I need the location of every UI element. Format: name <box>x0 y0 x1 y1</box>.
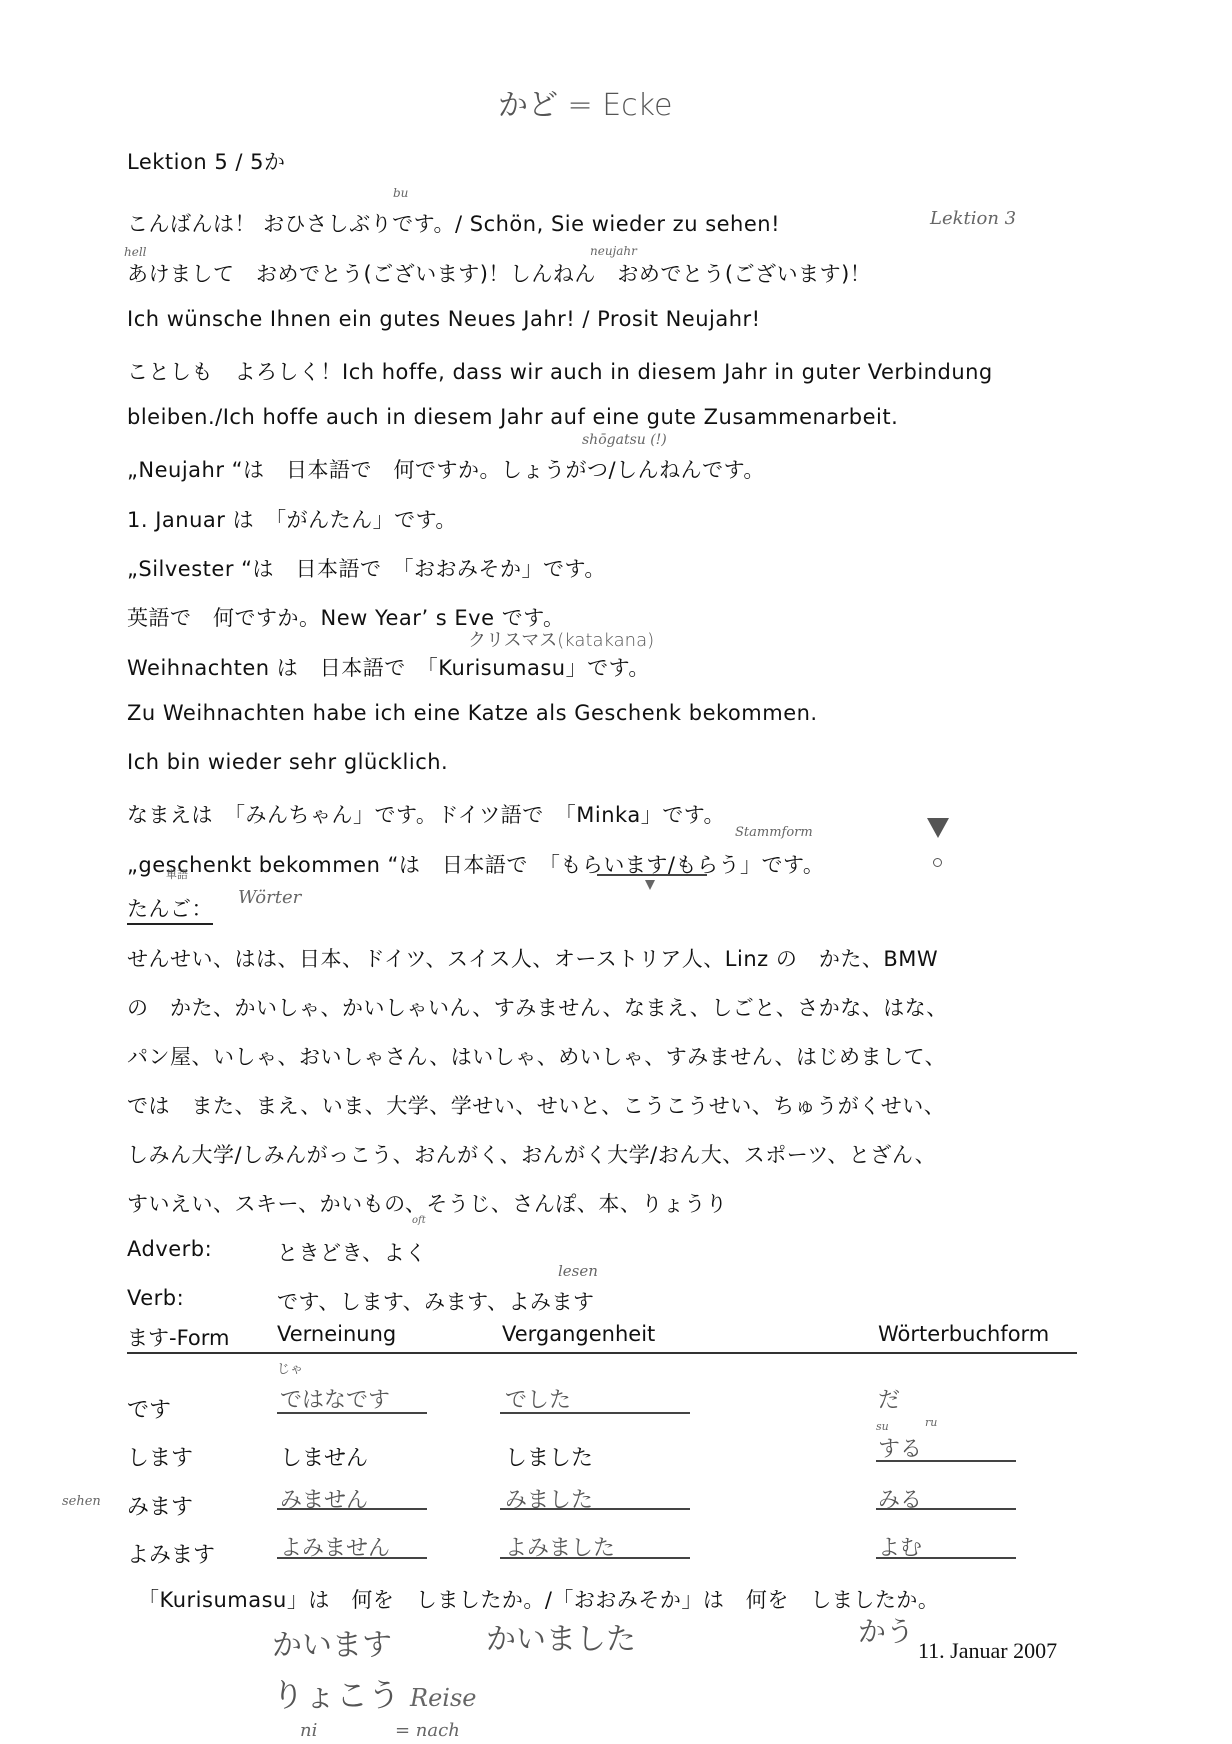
vocab-line-2: の かた、かいしゃ、かいしゃいん、すみません、なまえ、しごと、さかな、はな、 <box>127 992 948 1022</box>
cell-dict-shimasu: する <box>878 1432 922 1463</box>
table-header-rule <box>127 1352 1077 1354</box>
underline <box>500 1557 690 1559</box>
vocab-line-5: しみん大学/しみんがっこう、おんがく、おんがく大学/おん大、スポーツ、とざん、 <box>127 1139 936 1169</box>
small-triangle-mark-icon <box>645 880 655 890</box>
underline <box>876 1557 1016 1559</box>
text-line-8: „Silvester “は 日本語で 「おおみそか」です。 <box>127 553 606 583</box>
handwritten-header-note: かど = Ecke <box>498 80 672 124</box>
cell-past-desu: でした <box>505 1383 571 1414</box>
text-line-7: 1. Januar は 「がんたん」です。 <box>127 504 457 534</box>
circle-mark-icon <box>933 858 942 867</box>
note-ja: じゃ <box>277 1358 303 1377</box>
text-line-4: ことしも よろしく！Ich hoffe, dass wir auch in di… <box>127 356 993 386</box>
note-stammform: Stammform <box>735 825 813 840</box>
vocab-line-4: では また、まえ、いま、大学、学せい、せいと、こうこうせい、ちゅうがくせい、 <box>127 1090 945 1120</box>
note-ru: ru <box>925 1416 937 1429</box>
cell-past-shimasu: しました <box>505 1441 593 1472</box>
table-header-verneinung: Verneinung <box>277 1322 396 1346</box>
underline <box>277 1412 427 1414</box>
adverb-label: Adverb: <box>127 1237 212 1261</box>
text-line-3: Ich wünsche Ihnen ein gutes Neues Jahr! … <box>127 307 761 331</box>
table-header-vergangenheit: Vergangenheit <box>502 1322 655 1346</box>
cell-masu-shimasu: します <box>127 1441 193 1472</box>
hand-kaimashita: かいました <box>486 1614 636 1658</box>
adverb-value: ときどき、よく <box>277 1237 427 1267</box>
note-kurisumasu-katakana: クリスマス(katakana) <box>468 626 654 652</box>
vocab-line-6: すいえい、スキー、かいもの、そうじ、さんぽ、本、りょうり <box>127 1188 727 1218</box>
note-shogatsu: shōgatsu (!) <box>582 432 667 448</box>
hand-nach: = nach <box>395 1720 460 1741</box>
cell-masu-mimasu: みます <box>127 1490 193 1521</box>
hand-kaimasu: かいます <box>272 1620 392 1664</box>
underline <box>277 1508 427 1510</box>
vocab-heading: たんご： <box>127 893 213 925</box>
note-tango-kanji: 単語 <box>166 866 188 882</box>
note-sehen: sehen <box>62 1494 101 1509</box>
underline <box>500 1508 690 1510</box>
cell-masu-desu: です <box>127 1393 171 1424</box>
cell-masu-yomimasu: よみます <box>127 1538 215 1569</box>
wavy-underline <box>597 874 707 876</box>
underline <box>876 1460 1016 1462</box>
verb-label: Verb: <box>127 1286 184 1310</box>
text-line-5: bleiben./Ich hoffe auch in diesem Jahr a… <box>127 405 898 429</box>
table-header-woerterbuchform: Wörterbuchform <box>878 1322 1049 1346</box>
note-lesen: lesen <box>558 1262 598 1280</box>
text-line-1: こんばんは！ おひさしぶりです。/ Schön, Sie wieder zu s… <box>127 208 780 238</box>
question-line: 「Kurisumasu」は 何を しましたか。/「おおみそか」は 何を しました… <box>138 1584 939 1614</box>
vocab-line-1: せんせい、はは、日本、ドイツ、スイス人、オーストリア人、Linz の かた、BM… <box>127 943 938 973</box>
note-neujahr: neujahr <box>590 244 637 258</box>
note-woerter: Wörter <box>238 887 301 908</box>
cell-dict-desu: だ <box>878 1383 900 1414</box>
underline <box>277 1557 427 1559</box>
note-oft: oft <box>412 1215 426 1226</box>
hand-ni: ni <box>300 1720 317 1741</box>
text-line-14: „geschenkt bekommen “は 日本語で 「もらいます/もらう」で… <box>127 849 824 879</box>
cell-neg-desu: ではなです <box>280 1383 390 1414</box>
text-line-10: Weihnachten は 日本語で 「Kurisumasu」です。 <box>127 652 650 682</box>
verb-value: です、します、みます、よみます <box>277 1286 594 1316</box>
text-line-13: なまえは 「みんちゃん」です。ドイツ語で 「Minka」です。 <box>127 799 725 829</box>
text-line-2: あけまして おめでとう(ございます)！しんねん おめでとう(ございます)！ <box>127 258 871 288</box>
document-date: 11. Januar 2007 <box>918 1638 1057 1664</box>
text-line-6: „Neujahr “は 日本語で 何ですか。しょうがつ/しんねんです。 <box>127 454 765 484</box>
triangle-mark-icon <box>927 818 949 838</box>
note-hell: hell <box>124 245 147 259</box>
text-line-11: Zu Weihnachten habe ich eine Katze als G… <box>127 701 818 725</box>
hand-ryokou: りょこう <box>272 1670 400 1716</box>
underline <box>500 1412 690 1414</box>
table-header-masu: ます-Form <box>127 1322 229 1352</box>
margin-note-lektion: Lektion 3 <box>930 208 1016 229</box>
cell-neg-shimasu: しません <box>280 1441 368 1472</box>
underline <box>876 1508 1016 1510</box>
lesson-title: Lektion 5 / 5か <box>127 146 285 176</box>
hand-reise: Reise <box>410 1684 476 1712</box>
hand-kau: かう <box>858 1610 914 1650</box>
vocab-line-3: パン屋、いしゃ、おいしゃさん、はいしゃ、めいしゃ、すみません、はじめまして、 <box>127 1041 946 1071</box>
text-line-12: Ich bin wieder sehr glücklich. <box>127 750 448 774</box>
note-bu: bu <box>393 186 408 200</box>
